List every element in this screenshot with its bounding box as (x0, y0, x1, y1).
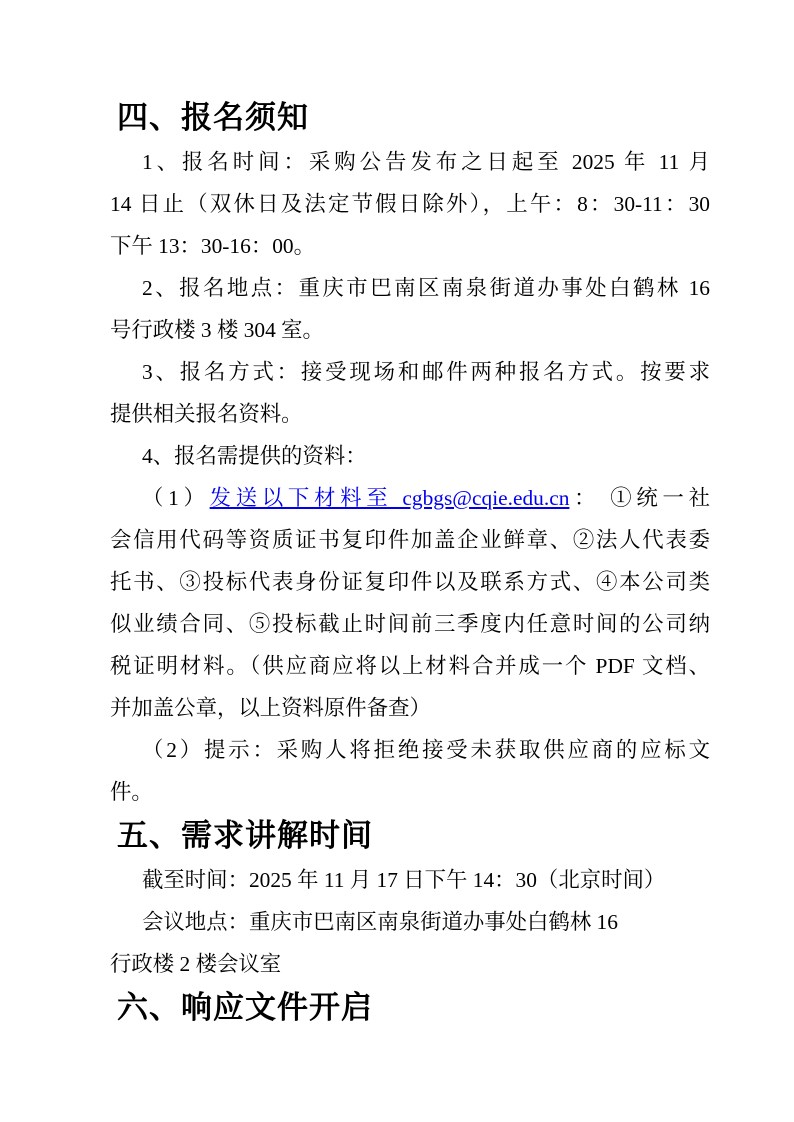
text-segment: 会信用代码等资质证书复印件加盖企业鲜章、②法人代表委 (110, 528, 710, 552)
text-segment: 行政楼 2 楼会议室 (110, 952, 281, 976)
text-segment: 托书、③投标代表身份证复印件以及联系方式、④本公司类 (110, 570, 710, 594)
text-segment: 会议地点：重庆市巴南区南泉街道办事处白鹤林 16 (142, 910, 618, 934)
text-segment: 14 日止（双休日及法定节假日除外），上午：8：30-11：30 (110, 192, 710, 216)
text-segment: ： ①统一社 (569, 486, 710, 510)
text-line: 似业绩合同、⑤投标截止时间前三季度内任意时间的公司纳 (110, 603, 710, 645)
text-segment: 下午 13：30-16：00。 (110, 234, 315, 258)
text-line: 3、报名方式：接受现场和邮件两种报名方式。按要求 (110, 351, 710, 393)
text-line: 截至时间：2025 年 11 月 17 日下午 14：30（北京时间） (110, 859, 710, 901)
text-line: 税证明材料。（供应商应将以上材料合并成一个 PDF 文档、 (110, 645, 710, 687)
text-segment: 四、报名须知 (117, 100, 309, 135)
text-line: 会议地点：重庆市巴南区南泉街道办事处白鹤林 16 (110, 901, 710, 943)
text-segment: 六、响应文件开启 (117, 990, 373, 1025)
email-link[interactable]: 发送以下材料至 cgbgs@cqie.edu.cn (210, 486, 570, 510)
text-line: 4、报名需提供的资料： (110, 435, 710, 477)
text-line: 并加盖公章，以上资料原件备查） (110, 687, 710, 729)
text-segment: 并加盖公章，以上资料原件备查） (110, 696, 431, 720)
text-segment: 4、报名需提供的资料： (142, 444, 367, 468)
text-segment: 件。 (110, 780, 153, 804)
text-line: 托书、③投标代表身份证复印件以及联系方式、④本公司类 (110, 561, 710, 603)
text-segment: 1、报名时间：采购公告发布之日起至 2025 年 11 月 (142, 150, 710, 174)
text-line: 号行政楼 3 楼 304 室。 (110, 309, 710, 351)
text-line: 行政楼 2 楼会议室 (110, 943, 710, 985)
text-segment: 税证明材料。（供应商应将以上材料合并成一个 PDF 文档、 (110, 654, 710, 678)
text-segment: 3、报名方式：接受现场和邮件两种报名方式。按要求 (142, 360, 710, 384)
section-heading: 四、报名须知 (110, 95, 710, 141)
section-heading: 六、响应文件开启 (110, 985, 710, 1031)
text-segment: 提供相关报名资料。 (110, 402, 303, 426)
text-line: （2）提示：采购人将拒绝接受未获取供应商的应标文 (110, 729, 710, 771)
text-line: 2、报名地点：重庆市巴南区南泉街道办事处白鹤林 16 (110, 267, 710, 309)
document-page: 四、报名须知1、报名时间：采购公告发布之日起至 2025 年 11 月14 日止… (0, 0, 794, 1122)
text-line: 下午 13：30-16：00。 (110, 225, 710, 267)
text-segment: （1） (142, 486, 210, 510)
text-segment: 似业绩合同、⑤投标截止时间前三季度内任意时间的公司纳 (110, 612, 710, 636)
section-heading: 五、需求讲解时间 (110, 813, 710, 859)
text-segment: 号行政楼 3 楼 304 室。 (110, 318, 324, 342)
text-segment: 五、需求讲解时间 (117, 818, 373, 853)
text-segment: 2、报名地点：重庆市巴南区南泉街道办事处白鹤林 16 (142, 276, 710, 300)
text-line: 会信用代码等资质证书复印件加盖企业鲜章、②法人代表委 (110, 519, 710, 561)
text-segment: 截至时间：2025 年 11 月 17 日下午 14：30（北京时间） (142, 868, 665, 892)
text-segment: （2）提示：采购人将拒绝接受未获取供应商的应标文 (142, 738, 710, 762)
text-line: 提供相关报名资料。 (110, 393, 710, 435)
text-line: 14 日止（双休日及法定节假日除外），上午：8：30-11：30 (110, 183, 710, 225)
text-line: 1、报名时间：采购公告发布之日起至 2025 年 11 月 (110, 141, 710, 183)
text-line: 件。 (110, 771, 710, 813)
text-line: （1）发送以下材料至 cgbgs@cqie.edu.cn： ①统一社 (110, 477, 710, 519)
